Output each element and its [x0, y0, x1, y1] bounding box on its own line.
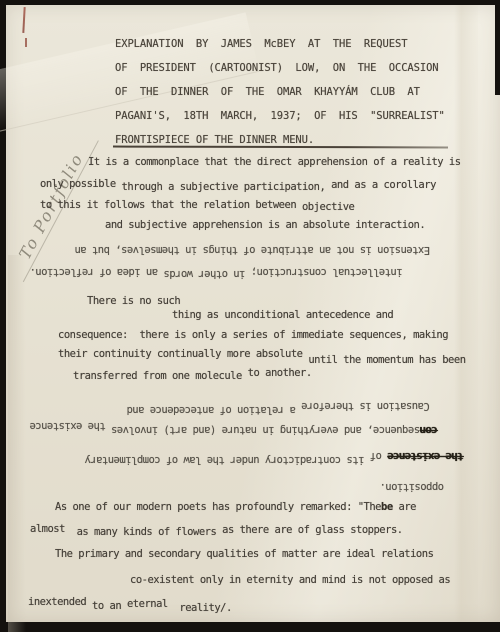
- paper-shading: [454, 5, 478, 622]
- typed-line: their continuity continually more absolu…: [58, 348, 466, 361]
- red-ink-mark: [25, 38, 27, 47]
- typed-line: As one of our modern poets has profoundl…: [55, 501, 416, 514]
- typed-line-upside-down: Causation is therefore a relation of ant…: [127, 399, 430, 412]
- typed-line: It is a commonplace that the direct appr…: [88, 156, 461, 169]
- typed-line: only possible through a subjective parti…: [40, 178, 436, 191]
- heading-line: OF PRESIDENT (CARTOONIST) LOW, ON THE OC…: [115, 62, 439, 75]
- typed-line-upside-down: consequence, and everything in nature (a…: [30, 423, 438, 436]
- typed-line: There is no such: [87, 295, 180, 308]
- typed-line: transferred from one molecule to another…: [73, 370, 312, 383]
- typed-line-upside-down: intellectual construction; in other word…: [30, 265, 403, 278]
- typed-line: consequence: there is only a series of i…: [58, 329, 448, 342]
- paper-crease: [8, 255, 26, 632]
- typed-line: The primary and secondary qualities of m…: [55, 548, 433, 561]
- heading-line: EXPLANATION BY JAMES McBEY AT THE REQUES…: [115, 38, 407, 51]
- typed-line-upside-down: Extension is not an attribute of things …: [75, 243, 430, 256]
- typed-line-upside-down: the existence of its contradictory under…: [85, 453, 463, 466]
- heading-line: PAGANI'S, 18TH MARCH, 1937; OF HIS "SURR…: [115, 110, 445, 123]
- typed-line: almost as many kinds of flowers as there…: [30, 523, 403, 536]
- heading-line: OF THE DINNER OF THE OMAR KHAYYÁM CLUB A…: [115, 86, 420, 99]
- typed-line: and subjective apprehension is an absolu…: [105, 219, 425, 232]
- typed-line: co-existent only in eternity and mind is…: [130, 574, 450, 587]
- typed-line: to this it follows that the relation bet…: [40, 199, 354, 212]
- typed-line: inextended to an eternal reality/.: [28, 596, 232, 609]
- typed-line: thing as unconditional antecedence and: [172, 309, 393, 322]
- backing-edge: [495, 0, 500, 95]
- typed-line-upside-down: opposition.: [380, 480, 444, 493]
